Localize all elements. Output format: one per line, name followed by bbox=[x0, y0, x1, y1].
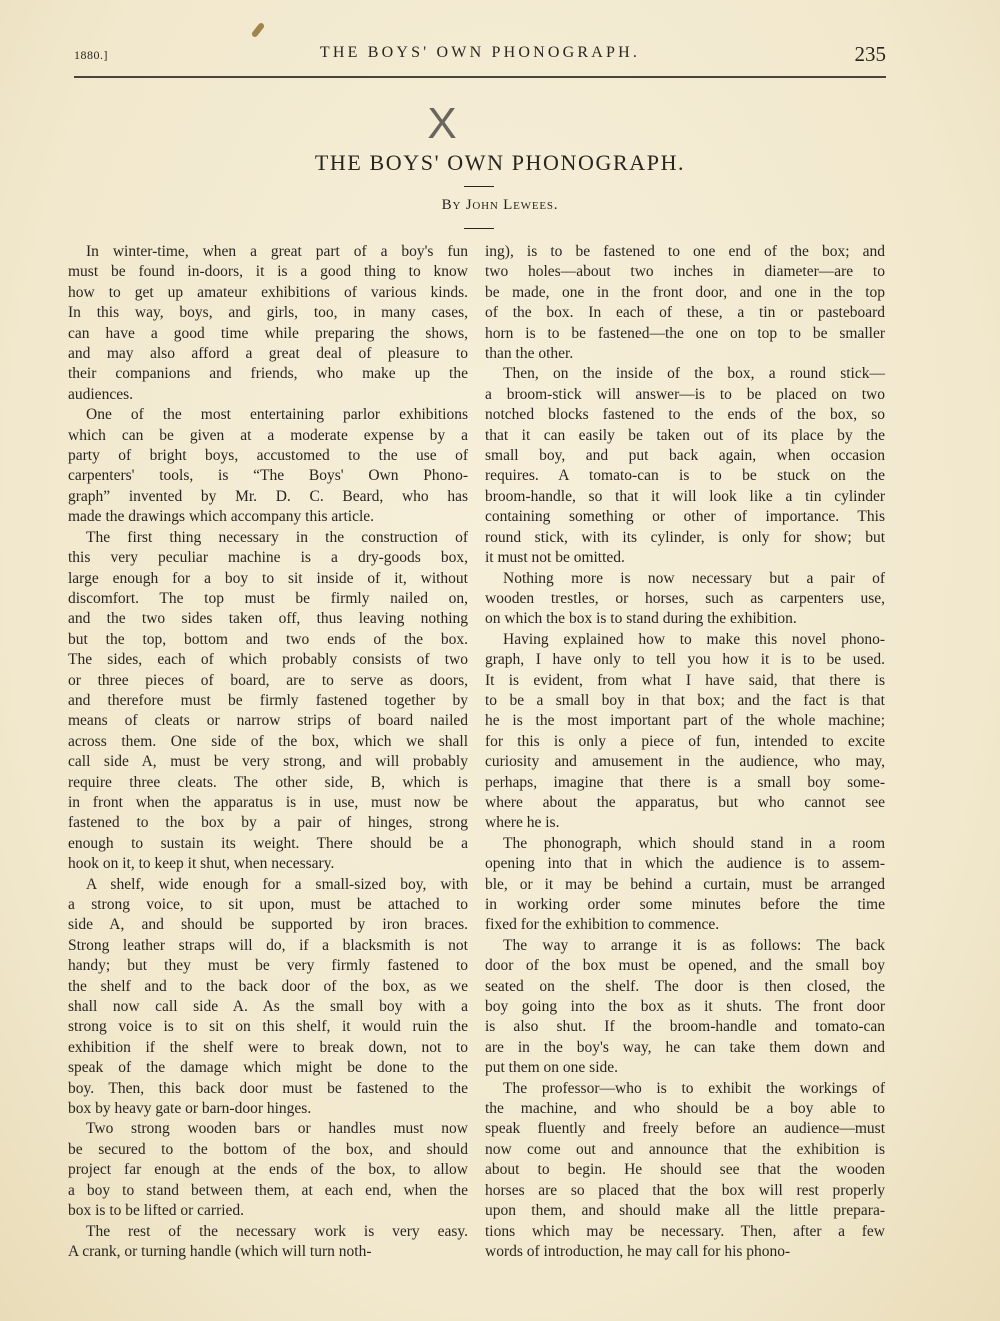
text-line: seated on the shelf. The door is then cl… bbox=[485, 977, 885, 997]
text-line: and therefore must be firmly fastened to… bbox=[68, 691, 468, 711]
title-divider bbox=[464, 186, 494, 187]
text-line: party of bright boys, accustomed to the … bbox=[68, 446, 468, 466]
byline-divider bbox=[464, 228, 494, 229]
text-line: for this is only a piece of fun, intende… bbox=[485, 732, 885, 752]
text-line: horses are so placed that the box will r… bbox=[485, 1181, 885, 1201]
text-line: speak of the damage which might be done … bbox=[68, 1058, 468, 1078]
text-line: that it can easily be taken out of its p… bbox=[485, 426, 885, 446]
paragraph: Nothing more is now necessary but a pair… bbox=[485, 569, 885, 630]
text-line: One of the most entertaining parlor exhi… bbox=[68, 405, 468, 425]
text-line: call side A, must be very strong, and wi… bbox=[68, 752, 468, 772]
text-line: A crank, or turning handle (which will t… bbox=[68, 1242, 468, 1262]
text-line: opening into that in which the audience … bbox=[485, 854, 885, 874]
article-title: THE BOYS' OWN PHONOGRAPH. bbox=[0, 150, 1000, 176]
text-line: to be a small boy in that box; and the f… bbox=[485, 691, 885, 711]
paragraph: The phonograph, which should stand in a … bbox=[485, 834, 885, 936]
text-line: The way to arrange it is as follows: The… bbox=[485, 936, 885, 956]
text-line: this very peculiar machine is a dry-good… bbox=[68, 548, 468, 568]
text-line: side A, and should be supported by iron … bbox=[68, 915, 468, 935]
text-line: words of introduction, he may call for h… bbox=[485, 1242, 885, 1262]
text-line: containing something or other of importa… bbox=[485, 507, 885, 527]
paragraph: Having explained how to make this novel … bbox=[485, 630, 885, 834]
text-line: a strong voice, to sit upon, must be att… bbox=[68, 895, 468, 915]
text-line: requires. A tomato-can is to be stuck on… bbox=[485, 466, 885, 486]
text-line: now come out and announce that the exhib… bbox=[485, 1140, 885, 1160]
text-line: across them. One side of the box, which … bbox=[68, 732, 468, 752]
text-line: upon them, and should make all the littl… bbox=[485, 1201, 885, 1221]
text-line: round stick, with its cylinder, is only … bbox=[485, 528, 885, 548]
text-line: on which the box is to stand during the … bbox=[485, 609, 885, 629]
text-line: wooden trestles, or horses, such as carp… bbox=[485, 589, 885, 609]
text-line: box by heavy gate or barn-door hinges. bbox=[68, 1099, 468, 1119]
text-line: of the box. In each of these, a tin or p… bbox=[485, 303, 885, 323]
text-line: project far enough at the ends of the bo… bbox=[68, 1160, 468, 1180]
text-line: ing), is to be fastened to one end of th… bbox=[485, 242, 885, 262]
text-line: strong voice is to sit on this shelf, it… bbox=[68, 1017, 468, 1037]
text-line: carpenters' tools, is “The Boys' Own Pho… bbox=[68, 466, 468, 486]
text-line: and the two sides taken off, thus leavin… bbox=[68, 609, 468, 629]
text-line: small boy, and put back again, when occa… bbox=[485, 446, 885, 466]
text-line: or three pieces of board, are to serve a… bbox=[68, 671, 468, 691]
text-line: speak fluently and freely before an audi… bbox=[485, 1119, 885, 1139]
text-line: made the drawings which accompany this a… bbox=[68, 507, 468, 527]
text-line: It is evident, from what I have said, th… bbox=[485, 671, 885, 691]
paragraph: ing), is to be fastened to one end of th… bbox=[485, 242, 885, 364]
text-line: notched blocks fastened to the ends of t… bbox=[485, 405, 885, 425]
text-line: the machine, and who should be a boy abl… bbox=[485, 1099, 885, 1119]
text-line: Nothing more is now necessary but a pair… bbox=[485, 569, 885, 589]
pencil-x-mark: X bbox=[420, 104, 464, 144]
text-line: shall now call side A. As the small boy … bbox=[68, 997, 468, 1017]
text-line: be made, one in the front door, and one … bbox=[485, 283, 885, 303]
text-line: enough to sustain its weight. There shou… bbox=[68, 834, 468, 854]
paragraph: The way to arrange it is as follows: The… bbox=[485, 936, 885, 1079]
text-line: put them on one side. bbox=[485, 1058, 885, 1078]
text-line: it must not be omitted. bbox=[485, 548, 885, 568]
left-column: In winter-time, when a great part of a b… bbox=[68, 242, 468, 1262]
paragraph: One of the most entertaining parlor exhi… bbox=[68, 405, 468, 527]
text-line: are in the boy's way, he can take them d… bbox=[485, 1038, 885, 1058]
paragraph: Then, on the inside of the box, a round … bbox=[485, 364, 885, 568]
text-line: their companions and friends, who make u… bbox=[68, 364, 468, 384]
text-line: require three cleats. The other side, B,… bbox=[68, 773, 468, 793]
paragraph: The first thing necessary in the constru… bbox=[68, 528, 468, 875]
text-line: In this way, boys, and girls, too, in ma… bbox=[68, 303, 468, 323]
text-line: must be found in-doors, it is a good thi… bbox=[68, 262, 468, 282]
text-line: a boy to stand between them, at each end… bbox=[68, 1181, 468, 1201]
text-line: tions which may be necessary. Then, afte… bbox=[485, 1222, 885, 1242]
text-line: can have a good time while preparing the… bbox=[68, 324, 468, 344]
text-line: but the top, bottom and two ends of the … bbox=[68, 630, 468, 650]
header-rule bbox=[74, 76, 886, 78]
paragraph: A shelf, wide enough for a small-sized b… bbox=[68, 875, 468, 1120]
text-line: The first thing necessary in the constru… bbox=[68, 528, 468, 548]
text-line: and may also afford a great deal of plea… bbox=[68, 344, 468, 364]
text-line: fixed for the exhibition to commence. bbox=[485, 915, 885, 935]
text-line: discomfort. The top must be firmly naile… bbox=[68, 589, 468, 609]
text-line: handy; but they must be very firmly fast… bbox=[68, 956, 468, 976]
text-line: boy going into the box as it shuts. The … bbox=[485, 997, 885, 1017]
text-line: box is to be lifted or carried. bbox=[68, 1201, 468, 1221]
text-line: curiosity and amusement in the audience,… bbox=[485, 752, 885, 772]
text-line: the shelf and to the back door of the bo… bbox=[68, 977, 468, 997]
text-line: a broom-stick will answer—is to be place… bbox=[485, 385, 885, 405]
text-line: about to begin. He should see that the w… bbox=[485, 1160, 885, 1180]
text-line: A shelf, wide enough for a small-sized b… bbox=[68, 875, 468, 895]
text-line: exhibition if the shelf were to break do… bbox=[68, 1038, 468, 1058]
running-head: 1880.] THE BOYS' OWN PHONOGRAPH. 235 bbox=[74, 40, 886, 70]
text-line: be secured to the bottom of the box, and… bbox=[68, 1140, 468, 1160]
text-line: audiences. bbox=[68, 385, 468, 405]
text-line: in working order some minutes before the… bbox=[485, 895, 885, 915]
text-line: graph” invented by Mr. D. C. Beard, who … bbox=[68, 487, 468, 507]
running-head-title: THE BOYS' OWN PHONOGRAPH. bbox=[74, 44, 886, 62]
text-line: is also shut. If the broom-handle and to… bbox=[485, 1017, 885, 1037]
text-line: which can be given at a moderate expense… bbox=[68, 426, 468, 446]
text-line: how to get up amateur exhibitions of var… bbox=[68, 283, 468, 303]
text-line: The phonograph, which should stand in a … bbox=[485, 834, 885, 854]
text-line: The professor—who is to exhibit the work… bbox=[485, 1079, 885, 1099]
byline: By John Lewees. bbox=[0, 197, 1000, 214]
text-line: The sides, each of which probably consis… bbox=[68, 650, 468, 670]
text-line: where about the apparatus, but who canno… bbox=[485, 793, 885, 813]
text-line: in front when the apparatus is in use, m… bbox=[68, 793, 468, 813]
text-line: broom-handle, so that it will look like … bbox=[485, 487, 885, 507]
text-line: door of the box must be opened, and the … bbox=[485, 956, 885, 976]
text-line: where he is. bbox=[485, 813, 885, 833]
text-line: ble, or it may be behind a curtain, must… bbox=[485, 875, 885, 895]
paragraph: The rest of the necessary work is very e… bbox=[68, 1222, 468, 1263]
text-line: Strong leather straps will do, if a blac… bbox=[68, 936, 468, 956]
text-line: graph, I have only to tell you how it is… bbox=[485, 650, 885, 670]
text-line: The rest of the necessary work is very e… bbox=[68, 1222, 468, 1242]
text-line: horn is to be fastened—the one on top to… bbox=[485, 324, 885, 344]
page-number: 235 bbox=[855, 42, 887, 67]
text-line: In winter-time, when a great part of a b… bbox=[68, 242, 468, 262]
text-line: means of cleats or narrow strips of boar… bbox=[68, 711, 468, 731]
text-line: he is the most important part of the who… bbox=[485, 711, 885, 731]
text-line: Having explained how to make this novel … bbox=[485, 630, 885, 650]
text-line: hook on it, to keep it shut, when necess… bbox=[68, 854, 468, 874]
paragraph: The professor—who is to exhibit the work… bbox=[485, 1079, 885, 1263]
text-line: perhaps, imagine that there is a small b… bbox=[485, 773, 885, 793]
text-line: Two strong wooden bars or handles must n… bbox=[68, 1119, 468, 1139]
text-line: boy. Then, this back door must be fasten… bbox=[68, 1079, 468, 1099]
text-line: Then, on the inside of the box, a round … bbox=[485, 364, 885, 384]
paragraph: Two strong wooden bars or handles must n… bbox=[68, 1119, 468, 1221]
text-line: two holes—about two inches in diameter—a… bbox=[485, 262, 885, 282]
text-line: than the other. bbox=[485, 344, 885, 364]
ink-smudge bbox=[251, 22, 266, 38]
paragraph: In winter-time, when a great part of a b… bbox=[68, 242, 468, 405]
text-line: large enough for a boy to sit inside of … bbox=[68, 569, 468, 589]
text-line: fastened to the box by a pair of hinges,… bbox=[68, 813, 468, 833]
right-column: ing), is to be fastened to one end of th… bbox=[485, 242, 885, 1262]
